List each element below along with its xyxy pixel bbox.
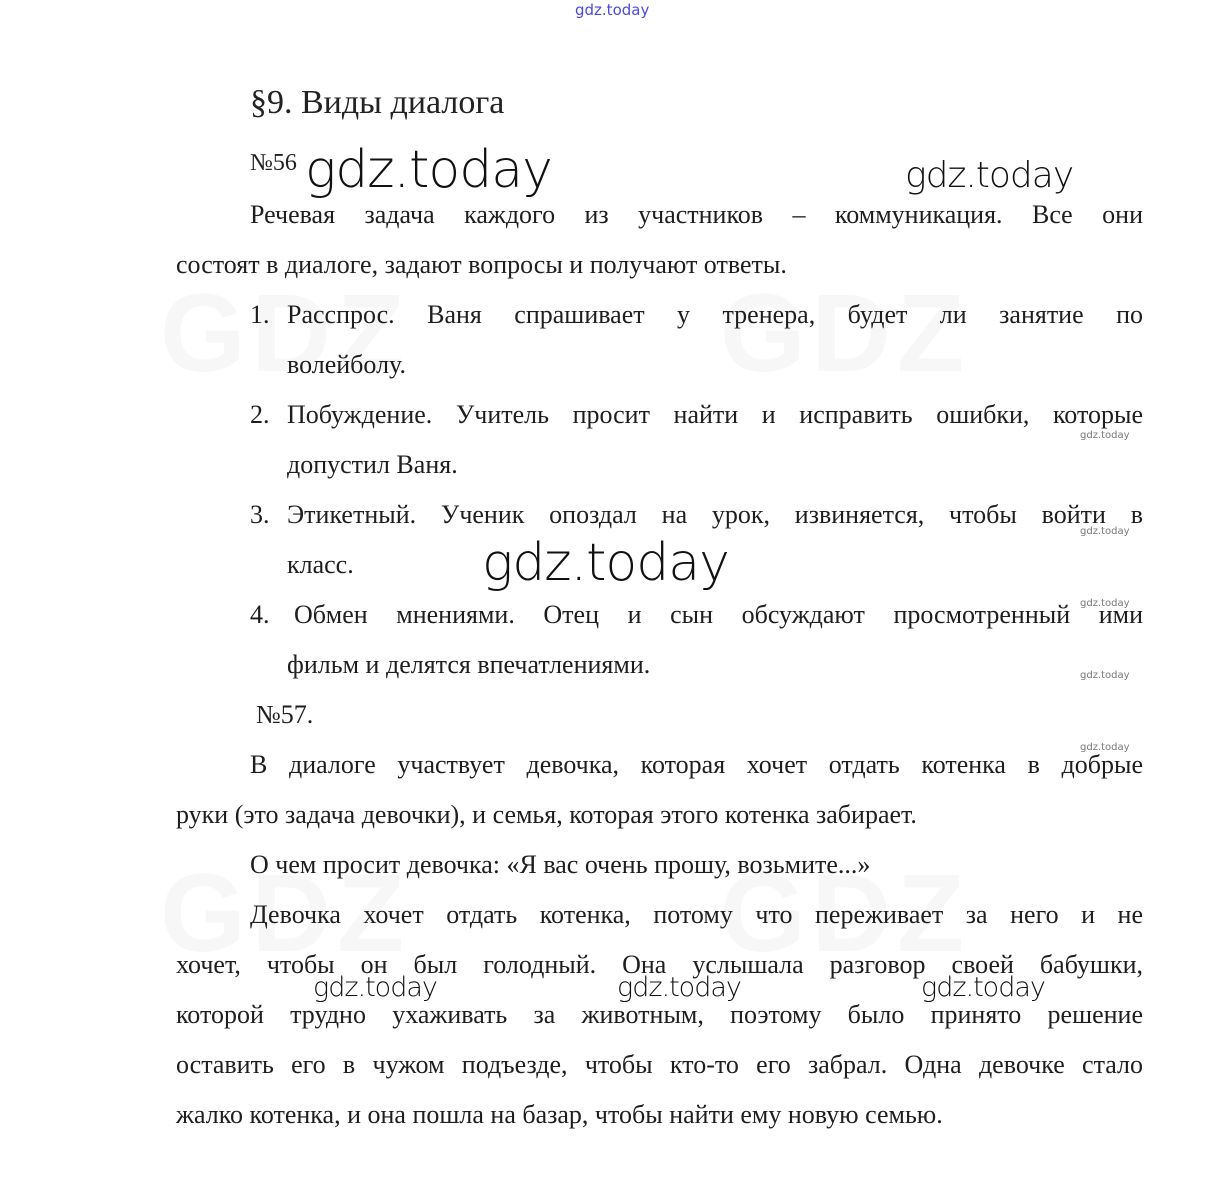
text-line: состоят в диалоге, задают вопросы и полу… [176, 250, 787, 280]
exercise-number: №57. [256, 700, 313, 730]
list-marker: 1. [250, 300, 270, 330]
list-item: фильм и делятся впечатлениями. [287, 650, 650, 680]
ghost-watermark: GDZ [720, 270, 970, 397]
watermark-medium: gdz.today [905, 155, 1073, 196]
section-title: §9. Виды диалога [250, 84, 504, 122]
list-item: Побуждение. Учитель просит найти и испра… [287, 400, 1143, 430]
watermark-medium: gdz.today [313, 972, 437, 1003]
text-line: руки (это задача девочки), и семья, кото… [176, 800, 917, 830]
watermark-medium: gdz.today [617, 972, 741, 1003]
watermark-large: gdz.today [482, 533, 729, 593]
watermark-small: gdz.today [1080, 670, 1130, 681]
text-line: Речевая задача каждого из участников – к… [250, 200, 1143, 230]
watermark-small: gdz.today [1080, 430, 1130, 441]
text-line: которой трудно ухаживать за животным, по… [176, 1000, 1143, 1030]
watermark-small: gdz.today [1080, 742, 1130, 753]
text-line: В диалоге участвует девочка, которая хоч… [250, 750, 1143, 780]
top-watermark: gdz.today [575, 1, 649, 19]
text-line: О чем просит девочка: «Я вас очень прошу… [250, 850, 870, 880]
list-item: Расспрос. Ваня спрашивает у тренера, буд… [287, 300, 1143, 330]
list-marker: 3. [250, 500, 270, 530]
list-item: класс. [287, 550, 354, 580]
text-line: жалко котенка, и она пошла на базар, что… [176, 1100, 943, 1130]
list-marker: 2. [250, 400, 270, 430]
list-item: волейболу. [287, 350, 406, 380]
watermark-large: gdz.today [305, 140, 552, 200]
watermark-medium: gdz.today [921, 972, 1045, 1003]
list-item: Обмен мнениями. Отец и сын обсуждают про… [294, 600, 1143, 630]
watermark-small: gdz.today [1080, 598, 1130, 609]
watermark-small: gdz.today [1080, 526, 1130, 537]
exercise-number: №56 [250, 150, 297, 177]
list-marker: 4. [250, 600, 270, 630]
text-line: оставить его в чужом подъезде, чтобы кто… [176, 1050, 1143, 1080]
list-item: Этикетный. Ученик опоздал на урок, извин… [287, 500, 1143, 530]
list-item: допустил Ваня. [287, 450, 458, 480]
text-line: Девочка хочет отдать котенка, потому что… [250, 900, 1143, 930]
